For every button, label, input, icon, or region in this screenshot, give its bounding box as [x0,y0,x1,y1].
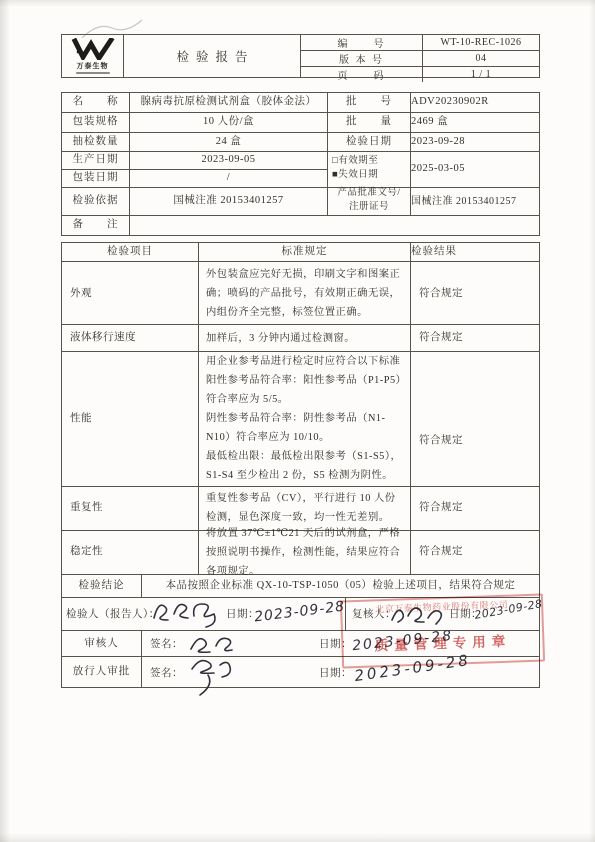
reviewer-signature [388,602,446,630]
scanned-inspection-report: 万泰生物 检验报告 编 号 WT-10-REC-1026 版 本 号 04 页 … [0,0,595,842]
approver-signature [184,655,240,699]
doc-number-label: 编 号 [301,35,423,50]
stability-item: 稳定性 [62,531,199,574]
approver-date-label: 日期： [319,665,352,680]
basis-value: 国械注准 20153401257 [130,188,328,215]
report-header: 万泰生物 检验报告 编 号 WT-10-REC-1026 版 本 号 04 页 … [61,34,540,78]
remark-row: 备 注 [62,216,539,235]
basis-label: 检验依据 [62,188,130,215]
performance-standard-line: 最低检出限：最低检出限参考（S1-S5），S1-S4 至少检出 2 份，S5 检… [206,447,403,485]
doc-version-value: 04 [423,51,539,66]
license-value: 国械注准 20153401257 [411,188,517,215]
col-header-standard: 标准规定 [199,243,411,261]
performance-result: 符合规定 [411,352,463,486]
doc-version-label: 版 本 号 [301,51,423,66]
doc-page-value: 1 / 1 [423,67,539,82]
sample-label: 抽检数量 [62,133,130,151]
doc-page-label: 页 码 [301,67,423,82]
signoff-section: 检验人（报告人）： 日期： 2023-09-28 复核人： 日期： 2023-0… [61,598,540,688]
pack-value: 10 人份/盒 [130,113,328,132]
auditor-date-handwritten: 2023-09-28 [351,627,453,654]
batch-value: ADV20230902R [411,93,489,112]
migration-item: 液体移行速度 [62,325,199,350]
pack-date-label: 包装日期 [62,170,130,187]
appearance-standard: 外包装盒应完好无损，印刷文字和图案正确；喷码的产品批号，有效期正确无误，内组份齐… [199,262,411,324]
scan-edge-right [589,0,595,842]
doc-version-row: 版 本 号 04 [301,51,539,67]
reviewer-date-handwritten: 2023-09-28 [473,597,543,622]
sample-row: 抽检数量 24 盒 检验日期 2023-09-28 [62,133,539,152]
stability-result: 符合规定 [411,531,463,574]
performance-standard: 用企业参考品进行检定时应符合以下标准 阳性参考品符合率：阳性参考品（P1-P5）… [199,352,411,486]
conclusion-label: 检验结论 [62,575,142,597]
stability-row: 稳定性 将放置 37℃±1℃21 天后的试剂盒，严格按照说明书操作，检测性能，结… [62,531,539,575]
product-info-table: 名 称 腺病毒抗原检测试剂盒（胶体金法） 批 号 ADV20230902R 包装… [61,92,540,236]
inspector-label: 检验人（报告人）： [62,606,160,621]
approver-label: 放行人审批 [62,657,142,687]
appearance-result: 符合规定 [411,262,463,324]
conclusion-text: 本品按照企业标准 QX-10-TSP-1050（05）检验上述项目，结果符合规定 [142,575,539,597]
prod-date-row: 生产日期 2023-09-05 [62,152,327,170]
doc-number-row: 编 号 WT-10-REC-1026 [301,35,539,51]
performance-standard-line: 用企业参考品进行检定时应符合以下标准 [206,352,400,371]
stability-standard: 将放置 37℃±1℃21 天后的试剂盒，严格按照说明书操作，检测性能，结果应符合… [199,531,411,574]
scan-edge-bottom [0,833,595,842]
prod-date-value: 2023-09-05 [130,152,327,169]
repeatability-item: 重复性 [62,487,199,530]
report-title: 检验报告 [124,35,301,77]
scan-edge-top [0,0,595,7]
license-label-line1: 产品批准文号/ [337,187,400,201]
pack-date-row: 包装日期 / [62,170,327,187]
scan-edge-left [0,0,10,842]
license-label-line2: 注册证号 [349,201,389,215]
migration-standard: 加样后，3 分钟内通过检测窗。 [199,325,411,350]
dates-row: 生产日期 2023-09-05 包装日期 / □有效期至 ■失效日期 2025-… [62,152,539,188]
auditor-sign-label: 签名： [142,636,183,651]
remark-label: 备 注 [62,216,130,235]
prod-date-label: 生产日期 [62,152,130,169]
expiry-option-expiry-date: ■失效日期 [332,169,378,183]
name-value: 腺病毒抗原检测试剂盒（胶体金法） [130,93,328,112]
migration-result: 符合规定 [411,325,463,350]
doc-number-value: WT-10-REC-1026 [423,35,539,50]
basis-row: 检验依据 国械注准 20153401257 产品批准文号/ 注册证号 国械注准 … [62,188,539,216]
doc-page-row: 页 码 1 / 1 [301,67,539,82]
auditor-signature [186,631,238,658]
name-label: 名 称 [62,93,130,112]
conclusion-row: 检验结论 本品按照企业标准 QX-10-TSP-1050（05）检验上述项目，结… [62,575,539,597]
migration-row: 液体移行速度 加样后，3 分钟内通过检测窗。 符合规定 [62,325,539,351]
approver-row: 放行人审批 签名： 日期： 2023-09-28 [62,657,539,687]
license-label: 产品批准文号/ 注册证号 [328,188,411,215]
batch-label: 批 号 [328,93,411,112]
qty-value: 2469 盒 [411,113,448,132]
appearance-item: 外观 [62,262,199,324]
logo-w-icon [70,38,116,60]
doc-info-table: 编 号 WT-10-REC-1026 版 本 号 04 页 码 1 / 1 [301,35,539,77]
sample-value: 24 盒 [130,133,328,151]
name-row: 名 称 腺病毒抗原检测试剂盒（胶体金法） 批 号 ADV20230902R [62,93,539,113]
inspection-header-row: 检验项目 标准规定 检验结果 [62,243,539,262]
pack-date-value: / [130,170,327,187]
expiry-label: □有效期至 ■失效日期 [328,152,411,187]
expiry-value: 2025-03-05 [411,152,465,187]
insp-date-value: 2023-09-28 [411,133,465,151]
pack-row: 包装规格 10 人份/盒 批 量 2469 盒 [62,113,539,133]
brand-tagline-smudge [76,72,110,75]
col-header-item: 检验项目 [62,243,199,261]
auditor-label: 审核人 [62,631,142,657]
approver-date-handwritten: 2023-09-28 [353,651,472,685]
inspector-reviewer-row: 检验人（报告人）： 日期： 2023-09-28 复核人： 日期： 2023-0… [62,598,539,631]
repeatability-result: 符合规定 [411,487,463,530]
inspector-date-handwritten: 2023-09-28 [253,598,346,625]
expiry-option-valid-until: □有效期至 [332,155,378,169]
col-header-result: 检验结果 [411,243,457,261]
performance-row: 性能 用企业参考品进行检定时应符合以下标准 阳性参考品符合率：阳性参考品（P1-… [62,352,539,487]
performance-standard-line: 阴性参考品符合率：阴性参考品（N1-N10）符合率应为 10/10。 [206,409,403,447]
performance-standard-line: 阳性参考品符合率：阳性参考品（P1-P5）符合率应为 5/5。 [206,371,403,409]
approver-sign-label: 签名： [142,665,183,680]
performance-item: 性能 [62,352,199,486]
auditor-date-label: 日期： [319,636,352,651]
inspector-signature [148,598,220,630]
qty-label: 批 量 [328,113,411,132]
insp-date-label: 检验日期 [328,133,411,151]
inspection-table: 检验项目 标准规定 检验结果 外观 外包装盒应完好无损，印刷文字和图案正确；喷码… [61,242,540,598]
pack-label: 包装规格 [62,113,130,132]
brand-name: 万泰生物 [77,61,109,71]
company-logo: 万泰生物 [62,35,124,77]
appearance-row: 外观 外包装盒应完好无损，印刷文字和图案正确；喷码的产品批号，有效期正确无误，内… [62,262,539,325]
